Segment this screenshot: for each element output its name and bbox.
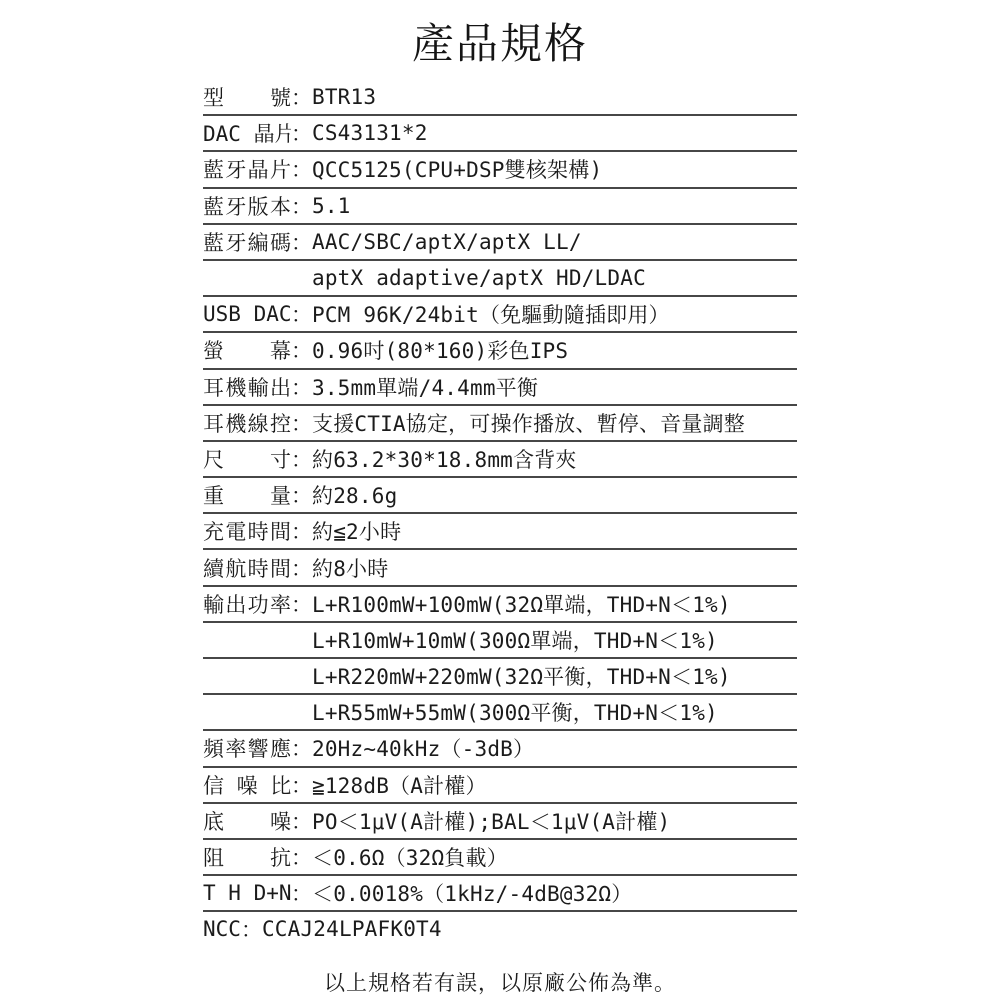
spec-row: 藍牙編碼：AAC/SBC/aptX/aptX LL/ (203, 225, 797, 261)
spec-value: ＜0.0018%（1kHz/-4dB@32Ω） (312, 878, 632, 908)
spec-row: L+R220mW+220mW(32Ω平衡，THD+N＜1%) (203, 659, 797, 695)
spec-colon: ： (291, 806, 312, 836)
spec-row: 耳機線控：支援CTIA協定，可操作播放、暫停、音量調整 (203, 406, 797, 442)
spec-value: aptX adaptive/aptX HD/LDAC (312, 266, 646, 290)
spec-value: 5.1 (312, 194, 351, 218)
spec-colon: ： (291, 408, 312, 438)
spec-value: 約8小時 (312, 553, 388, 583)
spec-colon: ： (241, 914, 262, 944)
spec-row: USB DAC：PCM 96K/24bit（免驅動隨插即用） (203, 297, 797, 333)
spec-row: aptX adaptive/aptX HD/LDAC (203, 261, 797, 297)
spec-row: NCC：CCAJ24LPAFK0T4 (203, 912, 797, 946)
spec-label: 耳機輸出 (203, 372, 291, 402)
spec-value: 約≦2小時 (312, 516, 401, 546)
spec-label: T H D+N (203, 881, 291, 905)
spec-value: CS43131*2 (312, 121, 428, 145)
spec-label: 續航時間 (203, 553, 291, 583)
spec-value: 約28.6g (312, 480, 397, 510)
spec-value: L+R100mW+100mW(32Ω單端，THD+N＜1%) (312, 589, 731, 619)
spec-row: 耳機輸出：3.5mm單端/4.4mm平衡 (203, 370, 797, 406)
spec-value: 20Hz~40kHz（-3dB） (312, 733, 534, 763)
spec-table: 型 號：BTR13DAC 晶片：CS43131*2藍牙晶片：QCC5125(CP… (203, 80, 797, 947)
spec-colon: ： (291, 372, 312, 402)
spec-colon: ： (291, 878, 312, 908)
spec-value: PO＜1μV(A計權);BAL＜1μV(A計權) (312, 806, 670, 836)
spec-value: QCC5125(CPU+DSP雙核架構) (312, 154, 602, 184)
spec-colon: ： (291, 553, 312, 583)
spec-row: 尺 寸：約63.2*30*18.8mm含背夾 (203, 442, 797, 478)
spec-value: BTR13 (312, 85, 376, 109)
footer-note: 以上規格若有誤，以原廠公佈為準。 (0, 967, 1000, 997)
spec-row: 信 噪 比：≧128dB（A計權） (203, 768, 797, 804)
spec-row: 藍牙版本：5.1 (203, 189, 797, 225)
spec-colon: ： (291, 589, 312, 619)
spec-colon: ： (291, 82, 312, 112)
spec-label: 型 號 (203, 82, 291, 112)
spec-value: AAC/SBC/aptX/aptX LL/ (312, 230, 582, 254)
spec-label: 阻 抗 (203, 842, 291, 872)
spec-colon: ： (291, 770, 312, 800)
page-title: 產品規格 (0, 18, 1000, 70)
spec-row: 重 量：約28.6g (203, 478, 797, 514)
spec-colon: ： (291, 733, 312, 763)
spec-label: 重 量 (203, 480, 291, 510)
spec-label: 藍牙晶片 (203, 154, 291, 184)
spec-row: 續航時間：約8小時 (203, 550, 797, 586)
spec-colon: ： (291, 842, 312, 872)
spec-row: L+R10mW+10mW(300Ω單端，THD+N＜1%) (203, 623, 797, 659)
spec-colon: ： (291, 335, 312, 365)
spec-value: ＜0.6Ω（32Ω負載） (312, 842, 508, 872)
spec-label: 藍牙版本 (203, 191, 291, 221)
spec-label: 充電時間 (203, 516, 291, 546)
spec-colon: ： (291, 227, 312, 257)
spec-label: NCC (203, 917, 241, 941)
spec-value: 0.96吋(80*160)彩色IPS (312, 335, 568, 365)
spec-colon: ： (291, 299, 312, 329)
spec-colon: ： (291, 154, 312, 184)
spec-row: DAC 晶片：CS43131*2 (203, 116, 797, 152)
spec-label: 頻率響應 (203, 733, 291, 763)
spec-sheet: 產品規格 型 號：BTR13DAC 晶片：CS43131*2藍牙晶片：QCC51… (0, 18, 1000, 997)
spec-label: DAC 晶片 (203, 118, 291, 148)
spec-colon: ： (291, 444, 312, 474)
spec-label: 輸出功率 (203, 589, 291, 619)
spec-value: 3.5mm單端/4.4mm平衡 (312, 372, 538, 402)
spec-value: 支援CTIA協定，可操作播放、暫停、音量調整 (312, 408, 745, 438)
spec-row: 頻率響應：20Hz~40kHz（-3dB） (203, 731, 797, 767)
spec-label: 尺 寸 (203, 444, 291, 474)
spec-label: 藍牙編碼 (203, 227, 291, 257)
spec-row: 輸出功率：L+R100mW+100mW(32Ω單端，THD+N＜1%) (203, 587, 797, 623)
spec-row: T H D+N：＜0.0018%（1kHz/-4dB@32Ω） (203, 876, 797, 912)
spec-row: 底 噪：PO＜1μV(A計權);BAL＜1μV(A計權) (203, 804, 797, 840)
spec-label: 信 噪 比 (203, 770, 291, 800)
spec-label: 耳機線控 (203, 408, 291, 438)
spec-value: ≧128dB（A計權） (312, 770, 487, 800)
spec-colon: ： (291, 118, 312, 148)
spec-row: L+R55mW+55mW(300Ω平衡，THD+N＜1%) (203, 695, 797, 731)
spec-value: L+R55mW+55mW(300Ω平衡，THD+N＜1%) (312, 697, 718, 727)
spec-value: PCM 96K/24bit（免驅動隨插即用） (312, 299, 670, 329)
spec-row: 螢 幕：0.96吋(80*160)彩色IPS (203, 333, 797, 369)
spec-value: 約63.2*30*18.8mm含背夾 (312, 444, 577, 474)
spec-label: USB DAC (203, 302, 291, 326)
spec-row: 型 號：BTR13 (203, 80, 797, 116)
spec-row: 藍牙晶片：QCC5125(CPU+DSP雙核架構) (203, 152, 797, 188)
spec-value: L+R220mW+220mW(32Ω平衡，THD+N＜1%) (312, 661, 731, 691)
spec-value: L+R10mW+10mW(300Ω單端，THD+N＜1%) (312, 625, 718, 655)
spec-colon: ： (291, 480, 312, 510)
spec-colon: ： (291, 516, 312, 546)
spec-value: CCAJ24LPAFK0T4 (262, 917, 442, 941)
spec-row: 阻 抗：＜0.6Ω（32Ω負載） (203, 840, 797, 876)
spec-label: 底 噪 (203, 806, 291, 836)
spec-colon: ： (291, 191, 312, 221)
spec-label: 螢 幕 (203, 335, 291, 365)
spec-row: 充電時間：約≦2小時 (203, 514, 797, 550)
